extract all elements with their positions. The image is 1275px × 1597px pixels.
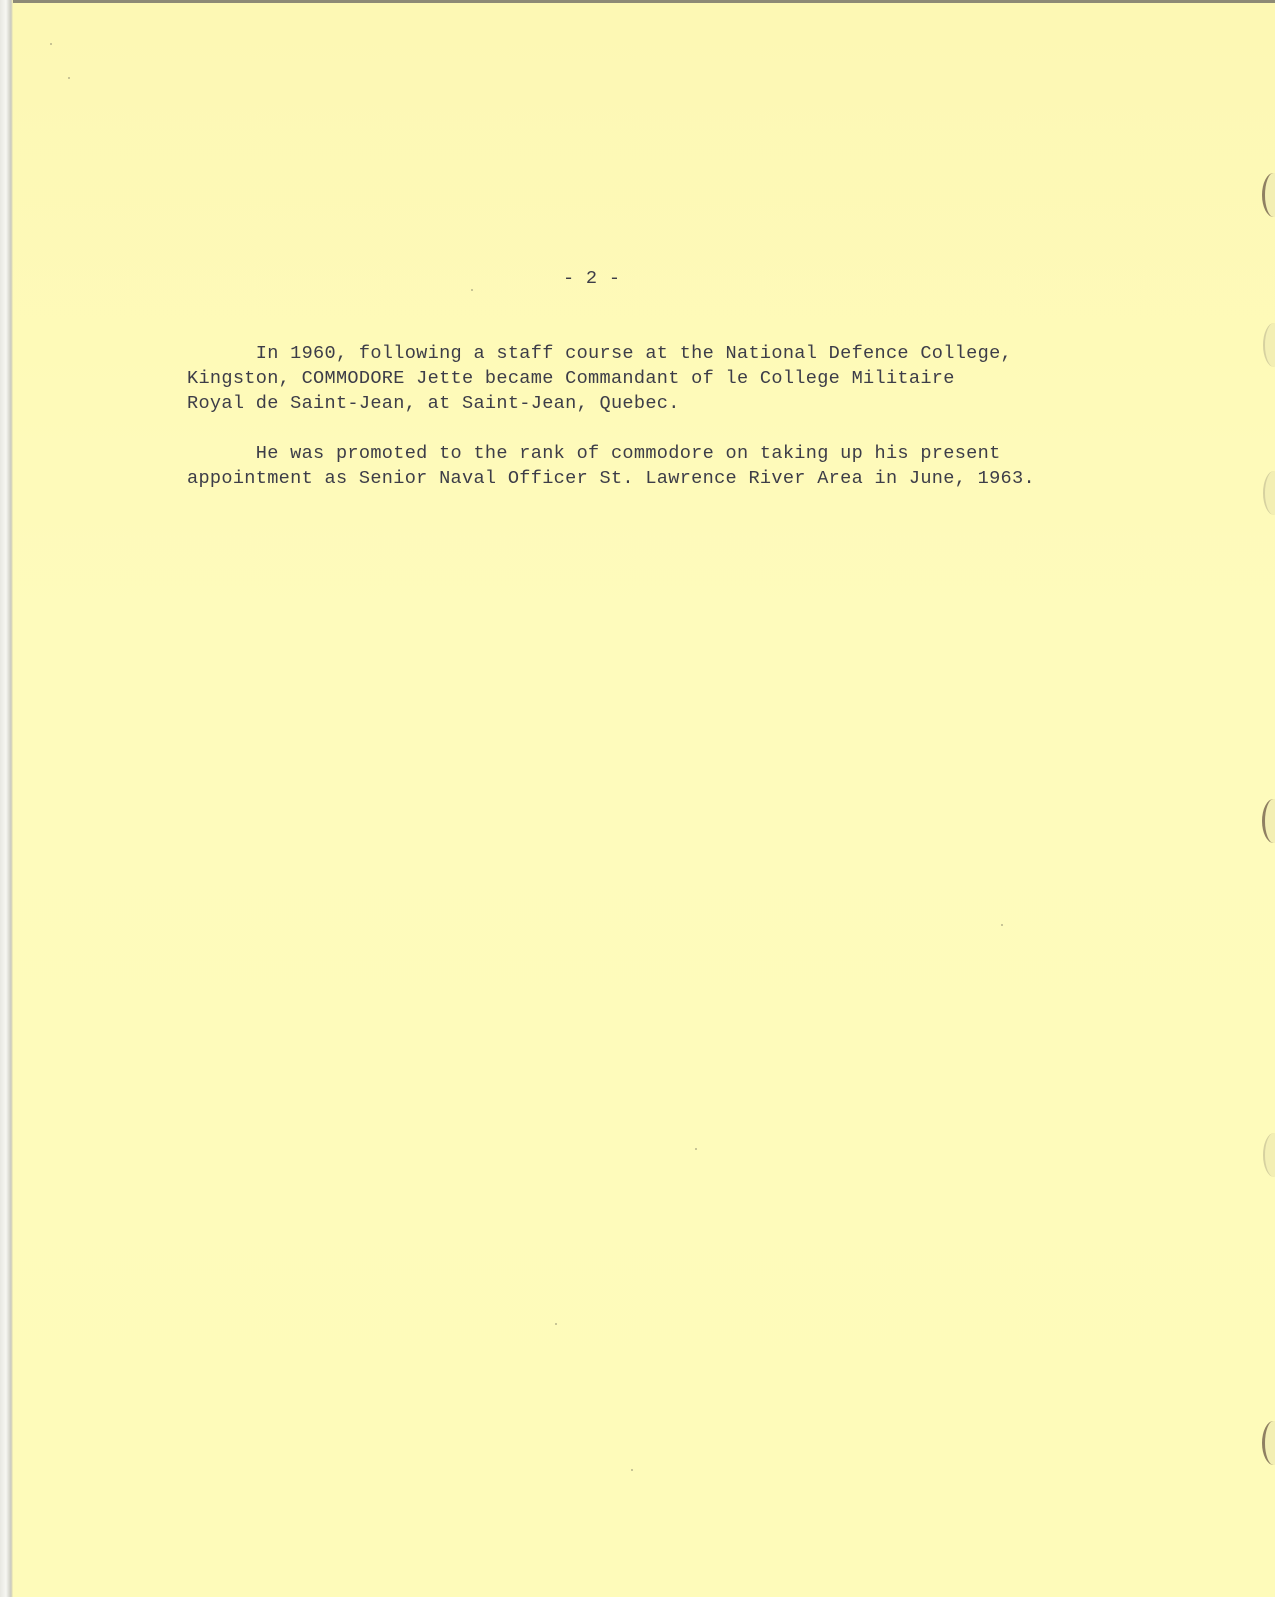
paper-speck <box>695 1148 697 1150</box>
punch-hole <box>1262 173 1275 217</box>
punch-hole <box>1263 1133 1275 1177</box>
paper-speck <box>68 77 70 79</box>
scan-left-edge <box>0 0 13 1597</box>
paper-speck <box>555 1323 557 1325</box>
paper-speck <box>631 1469 633 1471</box>
punch-hole <box>1262 799 1275 843</box>
punch-hole <box>1263 323 1275 367</box>
paper-speck <box>50 43 52 45</box>
paper-speck <box>471 289 473 291</box>
paragraph-line: He was promoted to the rank of commodore… <box>187 443 1001 464</box>
page-number: - 2 - <box>563 268 620 289</box>
paragraph-line: Royal de Saint-Jean, at Saint-Jean, Queb… <box>187 393 680 414</box>
punch-hole <box>1262 1421 1275 1465</box>
paragraph-line: In 1960, following a staff course at the… <box>187 343 1012 364</box>
paper-speck <box>1001 924 1003 926</box>
document-page <box>13 3 1275 1597</box>
paragraph-line: Kingston, COMMODORE Jette became Command… <box>187 368 955 389</box>
punch-hole <box>1263 471 1275 515</box>
paragraph-line: appointment as Senior Naval Officer St. … <box>187 468 1035 489</box>
